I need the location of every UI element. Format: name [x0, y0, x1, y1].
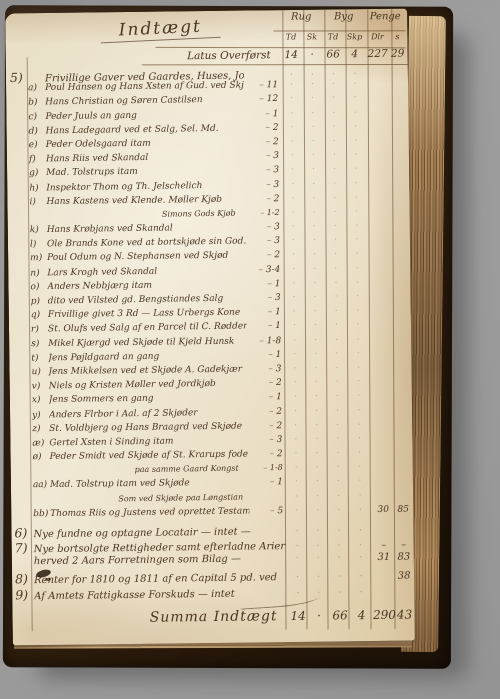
grain-cell	[324, 136, 345, 146]
grain-cell	[306, 377, 327, 387]
row-letter: n)	[30, 268, 47, 278]
grain-cell	[348, 391, 370, 401]
money-dlr-cell: –	[372, 540, 396, 551]
grain-cell	[286, 477, 307, 487]
grain-cell	[326, 307, 347, 317]
grain-cell	[284, 349, 305, 359]
row-amount: 1	[246, 279, 283, 289]
grain-cell	[328, 491, 349, 500]
grain-cell	[327, 377, 348, 387]
ledger-page: Indtægt Rug Byg Penge Td Sk Td Skp Dlr s…	[5, 9, 415, 646]
grain-cell	[346, 250, 368, 260]
grain-cell	[283, 207, 304, 216]
grain-cell	[346, 221, 368, 231]
grain-cell	[308, 552, 329, 563]
ink-blot-small	[45, 578, 51, 581]
grain-cell	[345, 136, 367, 146]
row-letter: r)	[31, 325, 48, 335]
grain-cell	[305, 349, 326, 359]
grain-cell	[306, 449, 327, 459]
grain-cell	[344, 108, 366, 118]
row-amount: 2	[248, 378, 285, 389]
grain-cell	[345, 164, 367, 174]
grain-cell	[306, 434, 327, 444]
row-amount: 11	[244, 80, 281, 90]
row-amount: 12	[244, 94, 281, 105]
grain-cell	[306, 392, 327, 402]
row-amount: 3	[247, 364, 284, 374]
money-s-cell: –	[396, 540, 412, 551]
row-letter: g)	[29, 168, 46, 178]
row-text: dito ved Vilsted gd. Bengstiandes Salg	[48, 293, 247, 306]
grain-cell	[327, 448, 348, 458]
grain-cell	[325, 207, 346, 216]
column-header-rug: Rug	[280, 11, 322, 22]
column-group-headers: Rug Byg Penge	[280, 11, 405, 22]
section-rows: 6) Nye fundne og optagne Locatair — inte…	[11, 521, 412, 603]
grain-cell	[347, 348, 369, 358]
row-letter: v)	[32, 382, 49, 392]
grain-cell	[303, 165, 324, 175]
grain-cell	[284, 293, 305, 303]
grain-cell	[286, 491, 307, 500]
row-amount: 2	[248, 406, 285, 417]
grain-cell	[344, 79, 366, 89]
grain-cell	[307, 526, 328, 537]
carry-value: 14	[281, 49, 302, 61]
row-letter: bb)	[33, 509, 50, 519]
row-text: Ole Brands Kone ved at bortskjøde sin Go…	[47, 237, 246, 250]
row-text: Gertel Xsten i Sinding itam	[49, 435, 248, 448]
grain-cell	[285, 421, 306, 431]
grain-cell	[287, 572, 308, 583]
grain-cell	[323, 80, 344, 90]
row-amount: 1	[247, 350, 284, 361]
section-text: herved 2 Aars Forretningen som Bilag —	[34, 553, 287, 567]
grain-cell	[307, 505, 328, 515]
row-amount: 1	[247, 307, 284, 317]
grain-cell	[349, 525, 371, 536]
row-letter: k)	[30, 225, 47, 235]
row-text: Simons Gods Kjøb	[47, 208, 246, 220]
entry-rows: 5) Frivillige Gaver ved Gaardes, Huses, …	[6, 65, 412, 524]
grain-cell	[282, 165, 303, 175]
subcolumn-skp: Skp	[343, 32, 365, 41]
grain-cell	[350, 571, 372, 582]
grain-cell	[323, 93, 344, 103]
row-amount: 2	[249, 449, 286, 459]
grain-cell	[282, 179, 303, 189]
grain-cell	[323, 122, 344, 132]
grain-cell	[329, 541, 350, 552]
row-letter: o)	[30, 282, 47, 292]
grain-cell	[345, 150, 367, 160]
row-text: Hans Ladegaard ved et Salg, Sel. Md.	[46, 123, 245, 136]
row-amount: 3	[247, 293, 284, 304]
grain-cell	[304, 222, 325, 232]
grain-cell	[346, 235, 368, 245]
grain-cell	[325, 278, 346, 288]
row-amount: 3-4	[246, 265, 283, 276]
grain-cell	[324, 150, 345, 160]
grain-cell	[349, 490, 371, 499]
grain-cell	[281, 80, 302, 90]
row-letter: m)	[30, 253, 47, 263]
subcolumn-td2: Td	[322, 32, 343, 41]
grain-cell	[304, 250, 325, 260]
grain-cell	[303, 137, 324, 147]
grain-cell	[325, 250, 346, 260]
grain-cell	[327, 405, 348, 415]
grain-cell	[285, 449, 306, 459]
grain-cell	[326, 349, 347, 359]
grain-cell	[282, 151, 303, 161]
grain-cell	[329, 587, 350, 598]
row-amount: 3	[248, 435, 285, 446]
grain-cell	[348, 405, 370, 415]
grain-cell	[347, 292, 369, 302]
grain-cell	[347, 363, 369, 373]
grain-cell	[304, 278, 325, 288]
row-amount	[244, 78, 281, 79]
row-text: Hans Christian og Søren Castilsen	[45, 95, 244, 108]
section-number: 6)	[14, 525, 33, 540]
carry-value: 29	[390, 48, 406, 60]
grain-cell	[285, 406, 306, 416]
grain-cell	[282, 194, 303, 204]
row-amount: 1	[244, 109, 281, 119]
grain-cell	[284, 335, 305, 345]
grain-cell	[324, 193, 345, 203]
grain-cell	[327, 420, 348, 430]
row-amount: 2	[245, 137, 282, 147]
grain-cell	[302, 94, 323, 104]
grain-cell	[344, 121, 366, 131]
row-amount: 2	[246, 251, 283, 261]
section-number: 7)	[15, 541, 34, 556]
row-amount: 3	[245, 179, 282, 190]
row-amount: 1	[247, 321, 284, 332]
grain-cell	[284, 364, 305, 374]
grain-cell	[326, 335, 347, 345]
row-letter: u)	[31, 367, 48, 377]
row-letter: c)	[28, 112, 45, 122]
summa-value: 290	[372, 608, 396, 622]
grain-cell	[304, 264, 325, 274]
row-letter: e)	[29, 140, 46, 150]
summa-label: Summa Indtægt	[12, 608, 287, 627]
grain-cell	[306, 406, 327, 416]
row-letter: z)	[32, 424, 49, 434]
row-letter: l)	[30, 240, 47, 250]
grain-cell	[327, 392, 348, 402]
grain-cell	[283, 279, 304, 289]
grain-cell	[307, 477, 328, 487]
column-sub-headers: Td Sk Td Skp Dlr s	[280, 32, 405, 41]
grain-cell	[349, 505, 371, 515]
grain-cell	[345, 178, 367, 188]
row-letter: d)	[29, 126, 46, 136]
grain-cell	[283, 264, 304, 274]
grain-cell	[286, 506, 307, 516]
row-amount: 3	[245, 151, 282, 162]
grain-cell	[305, 321, 326, 331]
grain-cell	[302, 108, 323, 118]
grain-cell	[347, 320, 369, 330]
grain-cell	[347, 306, 369, 316]
grain-cell	[284, 321, 305, 331]
carry-value: ·	[302, 49, 323, 61]
grain-cell	[329, 552, 350, 563]
grain-cell	[287, 553, 308, 564]
money-s-cell: 83	[396, 551, 412, 562]
subcolumn-td: Td	[280, 32, 301, 41]
grain-cell	[281, 94, 302, 104]
subcolumn-sk: Sk	[301, 32, 322, 41]
row-letter: p)	[31, 296, 48, 306]
grain-cell	[308, 572, 329, 583]
row-letter: f)	[29, 155, 46, 165]
grain-cell	[348, 420, 370, 430]
grain-cell	[302, 122, 323, 132]
carry-forward-label: Latus Overførst	[6, 49, 281, 64]
row-letter: 5)	[10, 69, 45, 85]
grain-cell	[350, 587, 372, 598]
grain-cell	[324, 178, 345, 188]
row-text: Jens Pøjldgaard an gang	[48, 350, 247, 363]
grain-cell	[323, 108, 344, 118]
column-header-byg: Byg	[322, 11, 365, 22]
grain-cell	[348, 377, 370, 387]
money-dlr-cell: 31	[372, 552, 396, 563]
row-letter: h)	[29, 183, 46, 193]
grain-cell	[346, 278, 368, 288]
grain-cell	[305, 335, 326, 345]
subcolumn-s: s	[389, 32, 405, 41]
row-text: Lars Krogh ved Skandal	[47, 265, 246, 278]
row-amount: 5	[249, 506, 286, 516]
row-letter: q)	[31, 310, 48, 320]
column-header-penge: Penge	[365, 11, 405, 22]
grain-cell	[281, 108, 302, 118]
grain-cell	[347, 335, 369, 345]
grain-cell	[287, 541, 308, 552]
row-text: St. Olufs ved Salg af en Parcel til C. R…	[48, 322, 247, 335]
row-amount: 2	[245, 194, 282, 204]
grain-cell	[325, 264, 346, 274]
summa-value: 14	[287, 609, 308, 623]
grain-cell	[283, 250, 304, 260]
row-letter: y)	[32, 410, 49, 420]
grain-cell	[325, 221, 346, 231]
grain-cell	[305, 307, 326, 317]
subcolumn-dlr: Dlr	[365, 32, 389, 41]
grain-cell	[302, 80, 323, 90]
grain-cell	[349, 476, 371, 486]
row-letter: s)	[31, 339, 48, 349]
summa-value: 43	[396, 608, 412, 622]
carry-value: 227	[366, 48, 390, 60]
money-s-cell: 38	[396, 571, 412, 582]
row-text: Niels og Kristen Møller ved Jordkjøb	[49, 379, 248, 392]
grain-cell	[350, 552, 372, 563]
grain-cell	[328, 505, 349, 515]
grain-cell	[345, 193, 367, 203]
grain-cell	[283, 222, 304, 232]
row-amount: 3	[246, 222, 283, 232]
grain-cell	[307, 463, 328, 472]
grain-cell	[303, 179, 324, 189]
row-letter: i)	[29, 197, 46, 207]
grain-cell	[346, 207, 368, 216]
page-title: Indtægt	[100, 16, 221, 44]
summa-value: 4	[350, 608, 372, 622]
grain-cell	[308, 541, 329, 552]
row-letter: ø)	[33, 452, 50, 462]
grain-cell	[329, 571, 350, 582]
grain-cell	[285, 392, 306, 402]
grain-cell	[285, 378, 306, 388]
grain-cell	[305, 364, 326, 374]
row-amount: 3	[246, 236, 283, 247]
grain-cell	[303, 193, 324, 203]
grain-cell	[283, 236, 304, 246]
row-letter: x)	[32, 395, 49, 405]
grain-cell	[285, 434, 306, 444]
section-number: 8)	[15, 571, 34, 586]
row-letter: aa)	[33, 480, 50, 490]
grain-cell	[326, 320, 347, 330]
carry-value: 66	[323, 48, 344, 60]
grain-cell	[348, 448, 370, 458]
grain-cell	[325, 235, 346, 245]
grain-cell	[326, 292, 347, 302]
grain-cell	[282, 137, 303, 147]
grain-cell	[284, 307, 305, 317]
money-dlr-cell: 30	[371, 505, 395, 515]
grain-cell	[286, 526, 307, 537]
photo-scene: Indtægt Rug Byg Penge Td Sk Td Skp Dlr s…	[0, 0, 500, 699]
grain-cell	[328, 477, 349, 487]
grain-cell	[303, 150, 324, 160]
grain-cell	[281, 122, 302, 132]
grain-cell	[304, 207, 325, 216]
summa-value: 66	[329, 608, 350, 622]
grain-cell	[307, 491, 328, 500]
row-amount: 1-8	[249, 463, 286, 473]
grain-cell	[346, 263, 368, 273]
grain-cell	[350, 540, 372, 551]
grain-cell	[324, 165, 345, 175]
row-amount: 2	[248, 421, 285, 431]
row-amount: 1-8	[247, 336, 284, 346]
row-amount: 2	[244, 123, 281, 134]
money-s-cell: 85	[395, 504, 411, 514]
section-number: 9)	[15, 587, 34, 602]
grain-cell	[304, 236, 325, 246]
row-text: paa samme Gaard Kongst	[50, 464, 249, 476]
row-amount: 1-2	[246, 208, 283, 218]
row-letter: t)	[31, 353, 48, 363]
row-amount: 3	[245, 165, 282, 175]
grain-cell	[348, 434, 370, 444]
grain-cell	[344, 93, 366, 103]
grain-cell	[305, 292, 326, 302]
row-amount: 1	[248, 392, 285, 402]
row-letter: b)	[28, 98, 45, 108]
row-letter: æ)	[32, 438, 49, 448]
row-amount	[249, 499, 286, 500]
grain-cell	[286, 463, 307, 472]
row-amount: 1	[249, 478, 286, 488]
row-letter: a)	[28, 83, 45, 93]
grain-cell	[326, 363, 347, 373]
grain-cell	[306, 420, 327, 430]
grain-cell	[328, 525, 349, 536]
carry-value: 4	[344, 48, 366, 60]
grain-cell	[349, 462, 371, 471]
summa-value: ·	[308, 609, 329, 623]
grain-cell	[327, 434, 348, 444]
row-text: Hans Riis ved Skandal	[46, 152, 245, 165]
grain-cell	[328, 462, 349, 471]
